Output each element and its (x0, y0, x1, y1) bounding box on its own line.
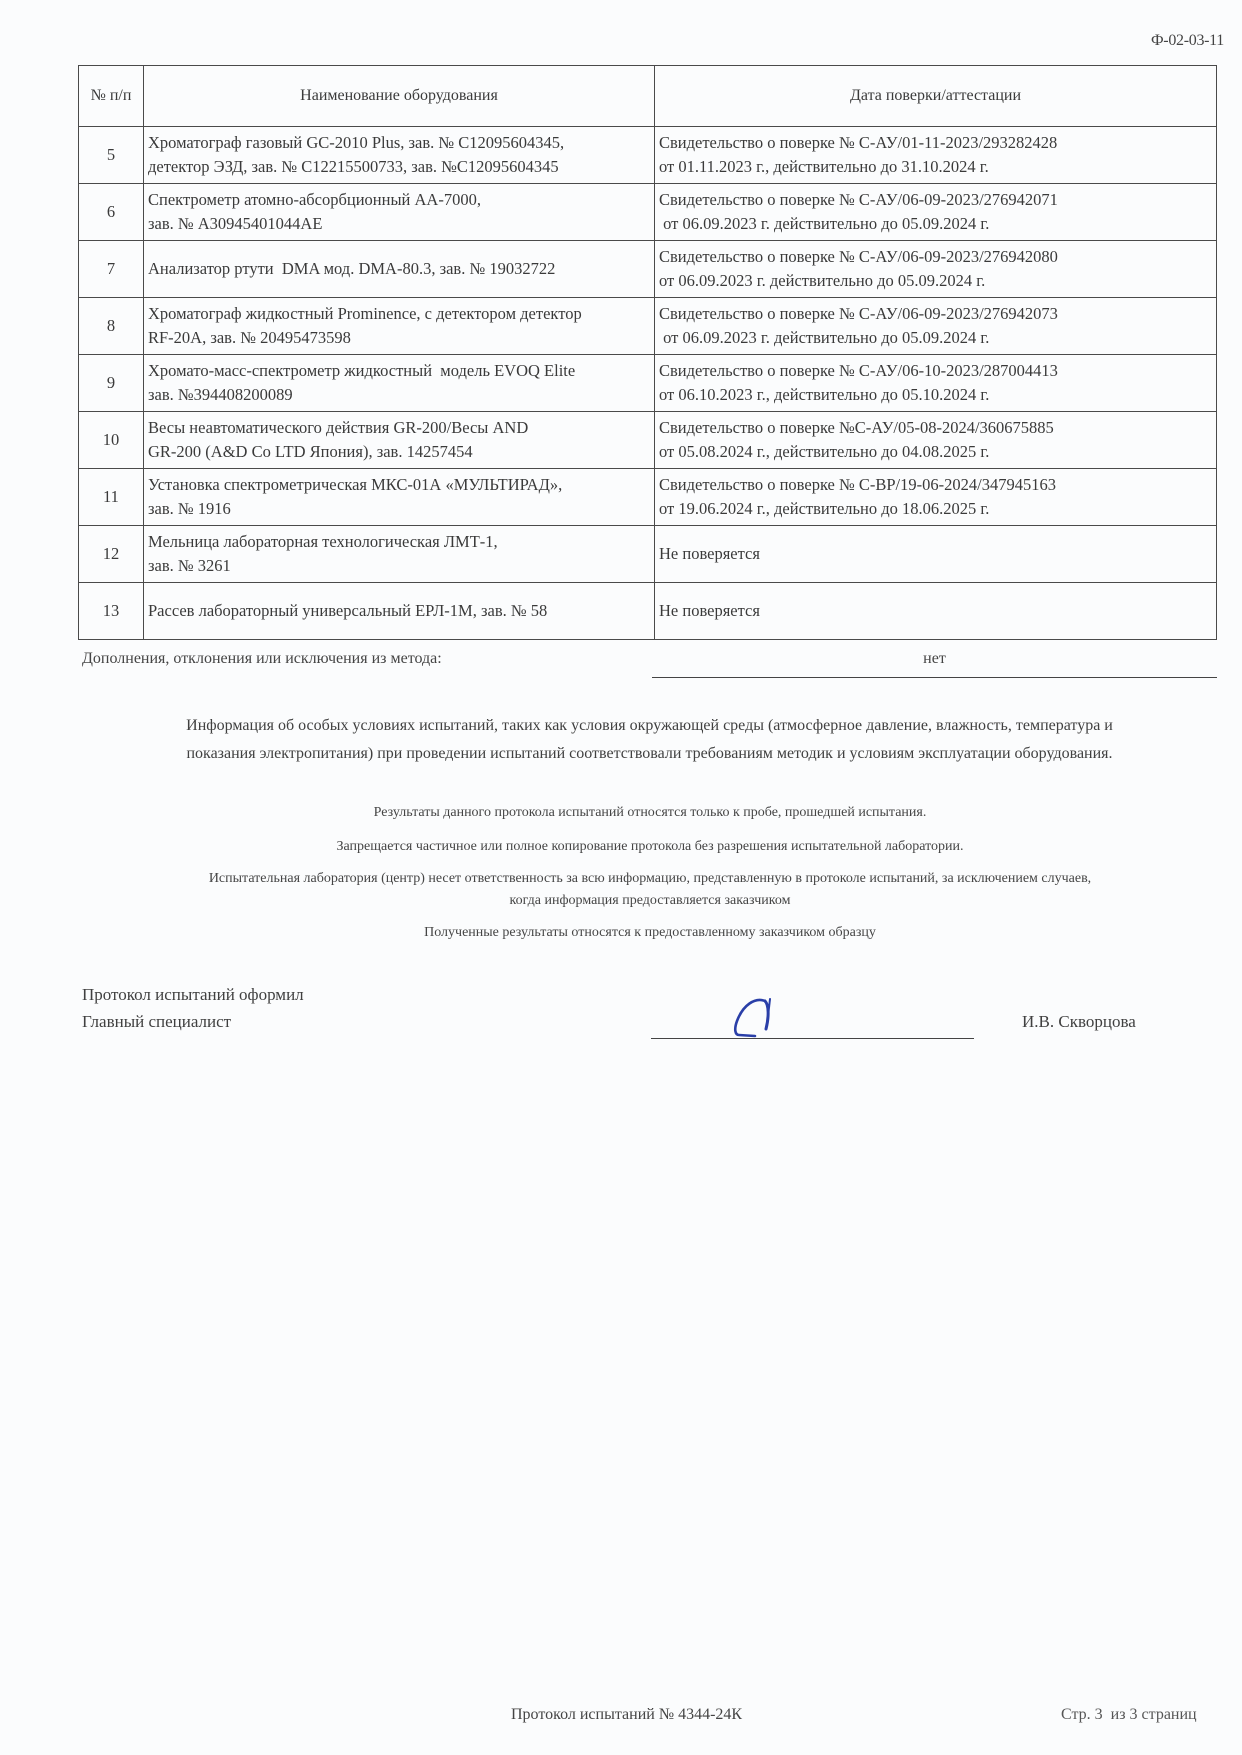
date-line: Не поверяется (659, 544, 760, 563)
date-line: Свидетельство о поверке № С-АУ/06-09-202… (659, 190, 1058, 209)
deviations-label: Дополнения, отклонения или исключения из… (82, 650, 442, 668)
table-row: 9 Хромато-масс-спектрометр жидкостный мо… (79, 355, 1217, 412)
equipment-name: Весы неавтоматического действия GR-200/В… (144, 412, 655, 469)
test-conditions-statement: Информация об особых условиях испытаний,… (82, 712, 1217, 768)
signer-position: Главный специалист (82, 1012, 231, 1032)
date-line: от 06.09.2023 г. действительно до 05.09.… (659, 271, 985, 290)
row-num: 11 (79, 469, 144, 526)
row-num: 10 (79, 412, 144, 469)
name-line: зав. №394408200089 (148, 385, 293, 404)
conditions-line: Информация об особых условиях испытаний,… (186, 717, 1113, 734)
equipment-name: Хроматограф газовый GC-2010 Plus, зав. №… (144, 127, 655, 184)
name-line: Рассев лабораторный универсальный ЕРЛ-1М… (148, 601, 547, 620)
name-line: Весы неавтоматического действия GR-200/В… (148, 418, 528, 437)
signature-line (651, 1038, 974, 1039)
table-row: 5 Хроматограф газовый GC-2010 Plus, зав.… (79, 127, 1217, 184)
date-line: Свидетельство о поверке №С-АУ/05-08-2024… (659, 418, 1054, 437)
header-name: Наименование оборудования (144, 66, 655, 127)
verification-date: Свидетельство о поверке № С-ВР/19-06-202… (655, 469, 1217, 526)
date-line: Свидетельство о поверке № С-АУ/06-09-202… (659, 304, 1058, 323)
name-line: Спектрометр атомно-абсорбционный АА-7000… (148, 190, 481, 209)
date-line: от 19.06.2024 г., действительно до 18.06… (659, 499, 989, 518)
date-line: Свидетельство о поверке № С-АУ/01-11-202… (659, 133, 1057, 152)
verification-date: Не поверяется (655, 583, 1217, 640)
name-line: Хроматограф жидкостный Prominence, с дет… (148, 304, 582, 323)
deviations-value: нет (652, 650, 1217, 678)
date-line: от 05.08.2024 г., действительно до 04.08… (659, 442, 989, 461)
table-row: 11 Установка спектрометрическая МКС-01А … (79, 469, 1217, 526)
row-num: 9 (79, 355, 144, 412)
date-line: от 01.11.2023 г., действительно до 31.10… (659, 157, 989, 176)
name-line: Хроматограф газовый GC-2010 Plus, зав. №… (148, 133, 564, 152)
conditions-line: показания электропитания) при проведении… (186, 745, 1112, 762)
verification-date: Свидетельство о поверке № С-АУ/01-11-202… (655, 127, 1217, 184)
signature-icon (725, 995, 795, 1048)
verification-date: Не поверяется (655, 526, 1217, 583)
row-num: 8 (79, 298, 144, 355)
table-row: 7 Анализатор ртути DMA мод. DMA-80.3, за… (79, 241, 1217, 298)
table-row: 10 Весы неавтоматического действия GR-20… (79, 412, 1217, 469)
table-row: 6 Спектрометр атомно-абсорбционный АА-70… (79, 184, 1217, 241)
equipment-name: Установка спектрометрическая МКС-01А «МУ… (144, 469, 655, 526)
notice-line: Испытательная лаборатория (центр) несет … (209, 871, 1091, 886)
row-num: 7 (79, 241, 144, 298)
date-line: Свидетельство о поверке № С-ВР/19-06-202… (659, 475, 1056, 494)
equipment-name: Спектрометр атомно-абсорбционный АА-7000… (144, 184, 655, 241)
signer-name: И.В. Скворцова (1022, 1012, 1136, 1032)
name-line: зав. № 1916 (148, 499, 231, 518)
date-line: Не поверяется (659, 601, 760, 620)
equipment-name: Анализатор ртути DMA мод. DMA-80.3, зав.… (144, 241, 655, 298)
name-line: Установка спектрометрическая МКС-01А «МУ… (148, 475, 562, 494)
footer-page-number: Стр. 3 из 3 страниц (1061, 1706, 1197, 1724)
equipment-name: Хроматограф жидкостный Prominence, с дет… (144, 298, 655, 355)
date-line: от 06.09.2023 г. действительно до 05.09.… (659, 328, 989, 347)
notice-copy-prohibited: Запрещается частичное или полное копиров… (100, 836, 1200, 858)
name-line: зав. № А30945401044АЕ (148, 214, 322, 233)
row-num: 6 (79, 184, 144, 241)
table-row: 12 Мельница лабораторная технологическая… (79, 526, 1217, 583)
equipment-name: Рассев лабораторный универсальный ЕРЛ-1М… (144, 583, 655, 640)
form-code: Ф-02-03-11 (1151, 32, 1224, 50)
name-line: зав. № 3261 (148, 556, 231, 575)
header-num: № п/п (79, 66, 144, 127)
header-date: Дата поверки/аттестации (655, 66, 1217, 127)
name-line: RF-20A, зав. № 20495473598 (148, 328, 351, 347)
equipment-name: Хромато-масс-спектрометр жидкостный моде… (144, 355, 655, 412)
notice-results-scope: Результаты данного протокола испытаний о… (100, 802, 1200, 824)
date-line: от 06.10.2023 г., действительно до 05.10… (659, 385, 989, 404)
verification-date: Свидетельство о поверке № С-АУ/06-10-202… (655, 355, 1217, 412)
notice-line: когда информация предоставляется заказчи… (510, 893, 791, 908)
verification-date: Свидетельство о поверке № С-АУ/06-09-202… (655, 298, 1217, 355)
footer-protocol-number: Протокол испытаний № 4344-24К (511, 1706, 742, 1724)
date-line: от 06.09.2023 г. действительно до 05.09.… (659, 214, 989, 233)
table-header-row: № п/п Наименование оборудования Дата пов… (79, 66, 1217, 127)
verification-date: Свидетельство о поверке № С-АУ/06-09-202… (655, 241, 1217, 298)
row-num: 5 (79, 127, 144, 184)
signer-label-line1: Протокол испытаний оформил (82, 985, 304, 1005)
date-line: Свидетельство о поверке № С-АУ/06-10-202… (659, 361, 1058, 380)
table-row: 13 Рассев лабораторный универсальный ЕРЛ… (79, 583, 1217, 640)
name-line: Хромато-масс-спектрометр жидкостный моде… (148, 361, 575, 380)
row-num: 12 (79, 526, 144, 583)
equipment-table: № п/п Наименование оборудования Дата пов… (78, 65, 1217, 640)
verification-date: Свидетельство о поверке № С-АУ/06-09-202… (655, 184, 1217, 241)
notice-responsibility: Испытательная лаборатория (центр) несет … (100, 868, 1200, 912)
name-line: Анализатор ртути DMA мод. DMA-80.3, зав.… (148, 259, 555, 278)
name-line: Мельница лабораторная технологическая ЛМ… (148, 532, 498, 551)
notice-sample-scope: Полученные результаты относятся к предос… (100, 922, 1200, 944)
table-row: 8 Хроматограф жидкостный Prominence, с д… (79, 298, 1217, 355)
equipment-name: Мельница лабораторная технологическая ЛМ… (144, 526, 655, 583)
name-line: детектор ЭЗД, зав. № C12215500733, зав. … (148, 157, 559, 176)
verification-date: Свидетельство о поверке №С-АУ/05-08-2024… (655, 412, 1217, 469)
row-num: 13 (79, 583, 144, 640)
date-line: Свидетельство о поверке № С-АУ/06-09-202… (659, 247, 1058, 266)
name-line: GR-200 (A&D Co LTD Япония), зав. 1425745… (148, 442, 473, 461)
